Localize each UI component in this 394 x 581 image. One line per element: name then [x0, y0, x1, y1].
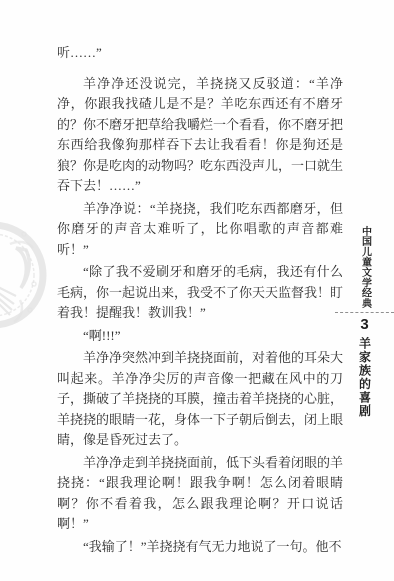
book-page: 听……” 羊净净还没说完，羊挠挠又反驳道：“羊净净，你跟我找碴儿是不是？羊吃东西… [0, 0, 394, 581]
chapter-number: 3 [335, 316, 394, 334]
paragraph: “除了我不爱刷牙和磨牙的毛病，我还有什么毛病，你一起说出来，我受不了你天天监督我… [57, 262, 343, 324]
margin-column: 中国儿童文学经典 3 羊家族的喜剧 [335, 0, 394, 581]
paragraph: 羊净净走到羊挠挠面前，低下头看着闭眼的羊挠挠：“跟我理论啊！跟我争啊！怎么闭着眼… [57, 453, 343, 535]
paragraph: 羊净净突然冲到羊挠挠面前，对着他的耳朵大叫起来。羊净净尖厉的声音像一把藏在风中的… [57, 348, 343, 451]
paragraph: “我输了！”羊挠挠有气无力地说了一句。他不 [57, 537, 343, 558]
paragraph: 听……” [57, 43, 343, 64]
chapter-title-vertical: 羊家族的喜剧 [359, 337, 371, 418]
paragraph: “啊!!!” [57, 326, 343, 347]
body-text: 听……” 羊净净还没说完，羊挠挠又反驳道：“羊净净，你跟我找碴儿是不是？羊吃东西… [57, 43, 343, 559]
paragraph: 羊净净说：“羊挠挠，我们吃东西都磨牙，但你磨牙的声音太难听了，比你唱歌的声音都难… [57, 199, 343, 261]
watermark-seal-icon [0, 220, 52, 345]
paragraph: 羊净净还没说完，羊挠挠又反驳道：“羊净净，你跟我找碴儿是不是？羊吃东西还有不磨牙… [57, 74, 343, 197]
series-title-vertical: 中国儿童文学经典 [360, 226, 370, 308]
margin-divider [335, 312, 394, 313]
